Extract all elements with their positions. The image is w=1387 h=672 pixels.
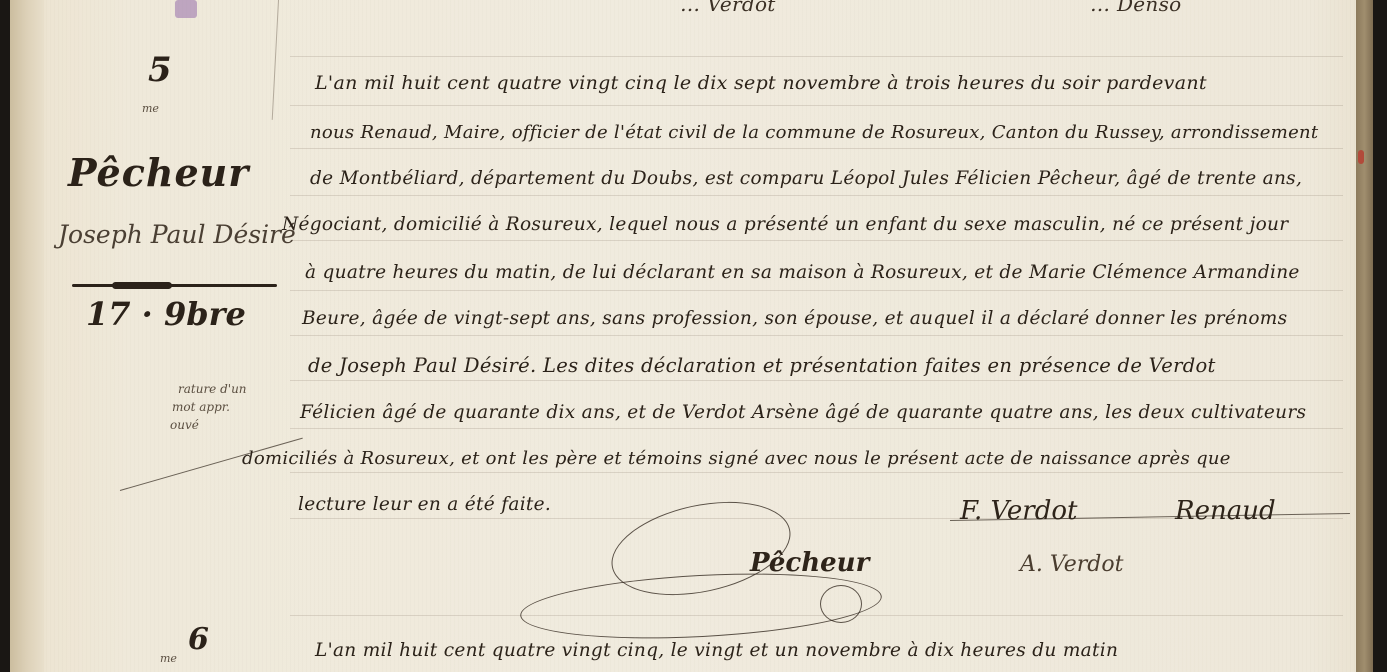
margin-rule	[272, 0, 279, 120]
ruled-line	[290, 195, 1343, 196]
signature-flourish	[820, 585, 862, 623]
ruled-line	[290, 428, 1343, 429]
signature-renaud: Renaud	[1175, 496, 1276, 526]
signature-a-verdot: A. Verdot	[1020, 552, 1123, 577]
margin-note-line-1: rature d'un	[178, 382, 247, 396]
margin-separator	[72, 284, 277, 287]
record-line-5: à quatre heures du matin, de lui déclara…	[305, 262, 1300, 283]
record-line-4: Négociant, domicilié à Rosureux, lequel …	[282, 214, 1288, 235]
page-gutter	[10, 0, 44, 672]
ruled-line	[290, 290, 1343, 291]
entry-number-next: 6	[188, 622, 209, 657]
margin-note-line-3: ouvé	[170, 418, 199, 432]
record-line-6: Beure, âgée de vingt-sept ans, sans prof…	[302, 308, 1287, 329]
child-given-names: Joseph Paul Désiré	[58, 220, 296, 249]
ruled-line	[290, 56, 1343, 57]
margin-note-line-2: mot appr.	[172, 400, 230, 414]
record-line-8: Félicien âgé de quarante dix ans, et de …	[300, 402, 1306, 423]
previous-entry-fragment-right: … Denso	[1090, 0, 1182, 16]
register-page: … Verdot … Denso 5 me Pêcheur Joseph Pau…	[10, 0, 1373, 672]
ruled-line	[290, 105, 1343, 106]
ink-stamp	[175, 0, 197, 18]
page-edge	[1356, 0, 1373, 672]
entry-number: 5	[148, 50, 172, 90]
ruled-line	[290, 148, 1343, 149]
previous-entry-fragment-left: … Verdot	[680, 0, 776, 16]
record-line-10: lecture leur en a été faite.	[298, 494, 551, 515]
next-record-line-1: L'an mil huit cent quatre vingt cinq, le…	[315, 640, 1118, 661]
ruled-line	[290, 240, 1343, 241]
ruled-line	[290, 335, 1343, 336]
record-line-9: domiciliés à Rosureux, et ont les père e…	[242, 448, 1231, 469]
child-surname: Pêcheur	[68, 150, 249, 195]
entry-number-next-suffix: me	[160, 652, 177, 665]
record-line-7: de Joseph Paul Désiré. Les dites déclara…	[308, 354, 1216, 377]
signature-f-verdot: F. Verdot	[960, 496, 1077, 526]
record-line-2: nous Renaud, Maire, officier de l'état c…	[310, 122, 1318, 143]
birth-date-margin: 17 · 9bre	[86, 295, 246, 333]
ruled-line	[290, 472, 1343, 473]
ruled-line	[290, 380, 1343, 381]
red-tab-mark	[1358, 150, 1364, 164]
entry-number-suffix: me	[142, 102, 159, 115]
record-line-3: de Montbéliard, département du Doubs, es…	[310, 168, 1302, 189]
record-line-1: L'an mil huit cent quatre vingt cinq le …	[315, 72, 1207, 94]
